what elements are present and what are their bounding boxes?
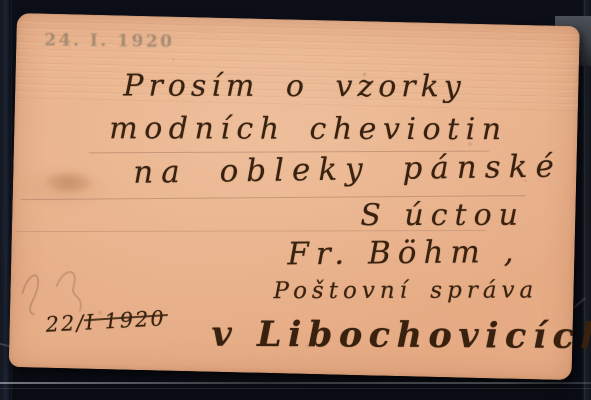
handwriting-date: 22/I 1920 <box>45 306 166 337</box>
postmark-date-stamp: 24. I. 1920 <box>44 30 174 52</box>
stain-mark <box>43 170 96 195</box>
handwriting-line-3: na obleky pánské <box>133 148 562 190</box>
handwriting-place: v Libochovicích <box>211 314 591 357</box>
handwriting-title: Poštovní správa <box>273 277 538 304</box>
handwriting-signature: Fr. Böhm , <box>287 234 521 273</box>
handwriting-closing: S úctou <box>360 198 525 233</box>
photo-backdrop: 24. I. 1920 Prosím o vzorky modních chev… <box>0 0 591 400</box>
handwriting-line-1: Prosím o vzorky <box>123 69 466 105</box>
sleeve-bottom-highlight-2 <box>0 388 591 389</box>
handwriting-line-2: modních cheviotin <box>109 111 507 147</box>
postcard: 24. I. 1920 Prosím o vzorky modních chev… <box>9 13 580 380</box>
sleeve-bottom-highlight <box>0 382 591 384</box>
